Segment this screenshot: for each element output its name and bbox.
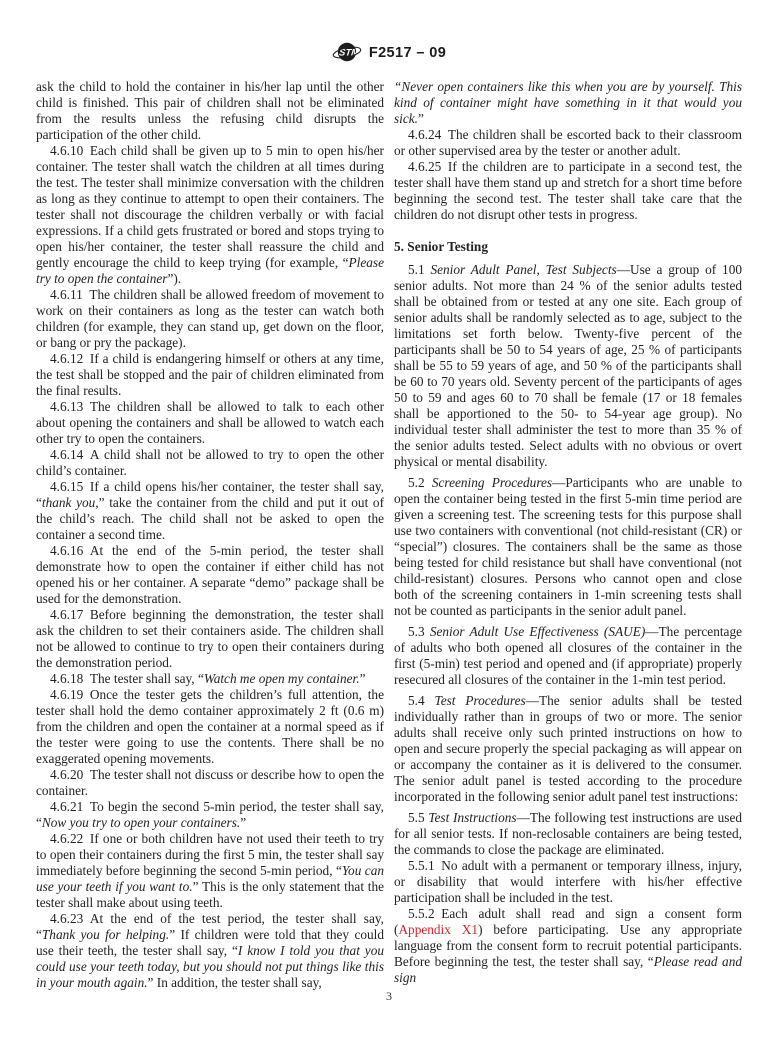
page-header: ASTM F2517 – 09 (0, 40, 778, 65)
text-run: 4.6.10 Each child shall be given up to 5… (36, 143, 384, 270)
text-run: ” In addition, the tester shall say, (148, 975, 322, 990)
paragraph: 5.5.2 Each adult shall read and sign a c… (394, 906, 742, 986)
text-run: 4.6.11 The children shall be allowed fre… (36, 287, 384, 350)
two-column-body: ask the child to hold the container in h… (36, 79, 743, 991)
text-run: 4.6.25 If the children are to participat… (394, 159, 742, 222)
text-run: —The senior adults shall be tested indiv… (394, 693, 742, 804)
standard-designation: F2517 – 09 (369, 45, 446, 61)
paragraph: 4.6.20 The tester shall not discuss or d… (36, 767, 384, 799)
paragraph: 4.6.15 If a child opens his/her containe… (36, 479, 384, 543)
document-page: ASTM F2517 – 09 ask the child to hold th… (0, 0, 778, 1041)
text-run: ask the child to hold the container in h… (36, 79, 384, 142)
astm-logo-icon: ASTM (332, 40, 362, 65)
text-run: Now you try to open your containers. (42, 815, 240, 830)
text-run: ” (360, 671, 366, 686)
text-run: 4.6.19 Once the tester gets the children… (36, 687, 384, 766)
text-run: 5.5 (408, 810, 428, 825)
text-run: Senior Adult Panel, Test Subjects (430, 262, 616, 277)
paragraph: “Never open containers like this when yo… (394, 79, 742, 127)
text-run: Test Procedures (435, 693, 526, 708)
paragraph: 5.4 Test Procedures—The senior adults sh… (394, 693, 742, 805)
left-column: ask the child to hold the container in h… (36, 79, 384, 991)
text-run: 5.2 (408, 475, 432, 490)
text-run: 5. Senior Testing (394, 239, 488, 254)
text-run: Senior Adult Use Effectiveness (SAUE) (430, 624, 645, 639)
text-run: Thank you for helping. (42, 927, 169, 942)
text-run: thank you, (42, 495, 99, 510)
text-run: —Participants who are unable to open the… (394, 475, 742, 618)
paragraph: 4.6.16 At the end of the 5-min period, t… (36, 543, 384, 607)
text-run: 4.6.20 The tester shall not discuss or d… (36, 767, 384, 798)
section-heading: 5. Senior Testing (394, 239, 742, 255)
right-column: “Never open containers like this when yo… (394, 79, 742, 991)
text-run: “Never open containers like this when yo… (394, 79, 742, 126)
page-number: 3 (386, 989, 392, 1003)
paragraph: 4.6.11 The children shall be allowed fre… (36, 287, 384, 351)
paragraph: 5.5.1 No adult with a permanent or tempo… (394, 858, 742, 906)
text-run: 4.6.22 If one or both children have not … (36, 831, 384, 878)
paragraph: 5.1 Senior Adult Panel, Test Subjects—Us… (394, 262, 742, 470)
page-footer: 3 (0, 989, 778, 1004)
text-run: ” (240, 815, 246, 830)
paragraph: ask the child to hold the container in h… (36, 79, 384, 143)
paragraph: 4.6.25 If the children are to participat… (394, 159, 742, 223)
paragraph: 4.6.17 Before beginning the demonstratio… (36, 607, 384, 671)
paragraph: 5.3 Senior Adult Use Effectiveness (SAUE… (394, 624, 742, 688)
paragraph: 4.6.14 A child shall not be allowed to t… (36, 447, 384, 479)
text-run: ”). (167, 271, 181, 286)
text-run: 4.6.16 At the end of the 5-min period, t… (36, 543, 384, 606)
paragraph: 4.6.24 The children shall be escorted ba… (394, 127, 742, 159)
paragraph: 4.6.13 The children shall be allowed to … (36, 399, 384, 447)
text-run: 4.6.14 A child shall not be allowed to t… (36, 447, 384, 478)
text-run: ” (418, 111, 424, 126)
text-run: Watch me open my container. (204, 671, 360, 686)
paragraph: 5.2 Screening Procedures—Participants wh… (394, 475, 742, 619)
paragraph: 4.6.22 If one or both children have not … (36, 831, 384, 911)
paragraph: 5.5 Test Instructions—The following test… (394, 810, 742, 858)
text-run: 4.6.18 The tester shall say, “ (50, 671, 204, 686)
text-run: 5.3 (408, 624, 430, 639)
text-run: Screening Procedures (432, 475, 552, 490)
paragraph: 4.6.19 Once the tester gets the children… (36, 687, 384, 767)
appendix-x1-link[interactable]: Appendix X1 (398, 922, 478, 937)
text-run: 4.6.17 Before beginning the demonstratio… (36, 607, 384, 670)
text-run: —Use a group of 100 senior adults. Not m… (394, 262, 742, 469)
paragraph: 4.6.18 The tester shall say, “Watch me o… (36, 671, 384, 687)
text-run: 4.6.12 If a child is endangering himself… (36, 351, 384, 398)
text-run: 4.6.13 The children shall be allowed to … (36, 399, 384, 446)
text-run: 4.6.24 The children shall be escorted ba… (394, 127, 742, 158)
paragraph: 4.6.12 If a child is endangering himself… (36, 351, 384, 399)
text-run: 5.4 (408, 693, 435, 708)
paragraph: 4.6.21 To begin the second 5-min period,… (36, 799, 384, 831)
paragraph: 4.6.10 Each child shall be given up to 5… (36, 143, 384, 287)
paragraph: 4.6.23 At the end of the test period, th… (36, 911, 384, 991)
text-run: Test Instructions (428, 810, 516, 825)
text-run: 5.1 (408, 262, 430, 277)
text-run: 5.5.1 No adult with a permanent or tempo… (394, 858, 742, 905)
